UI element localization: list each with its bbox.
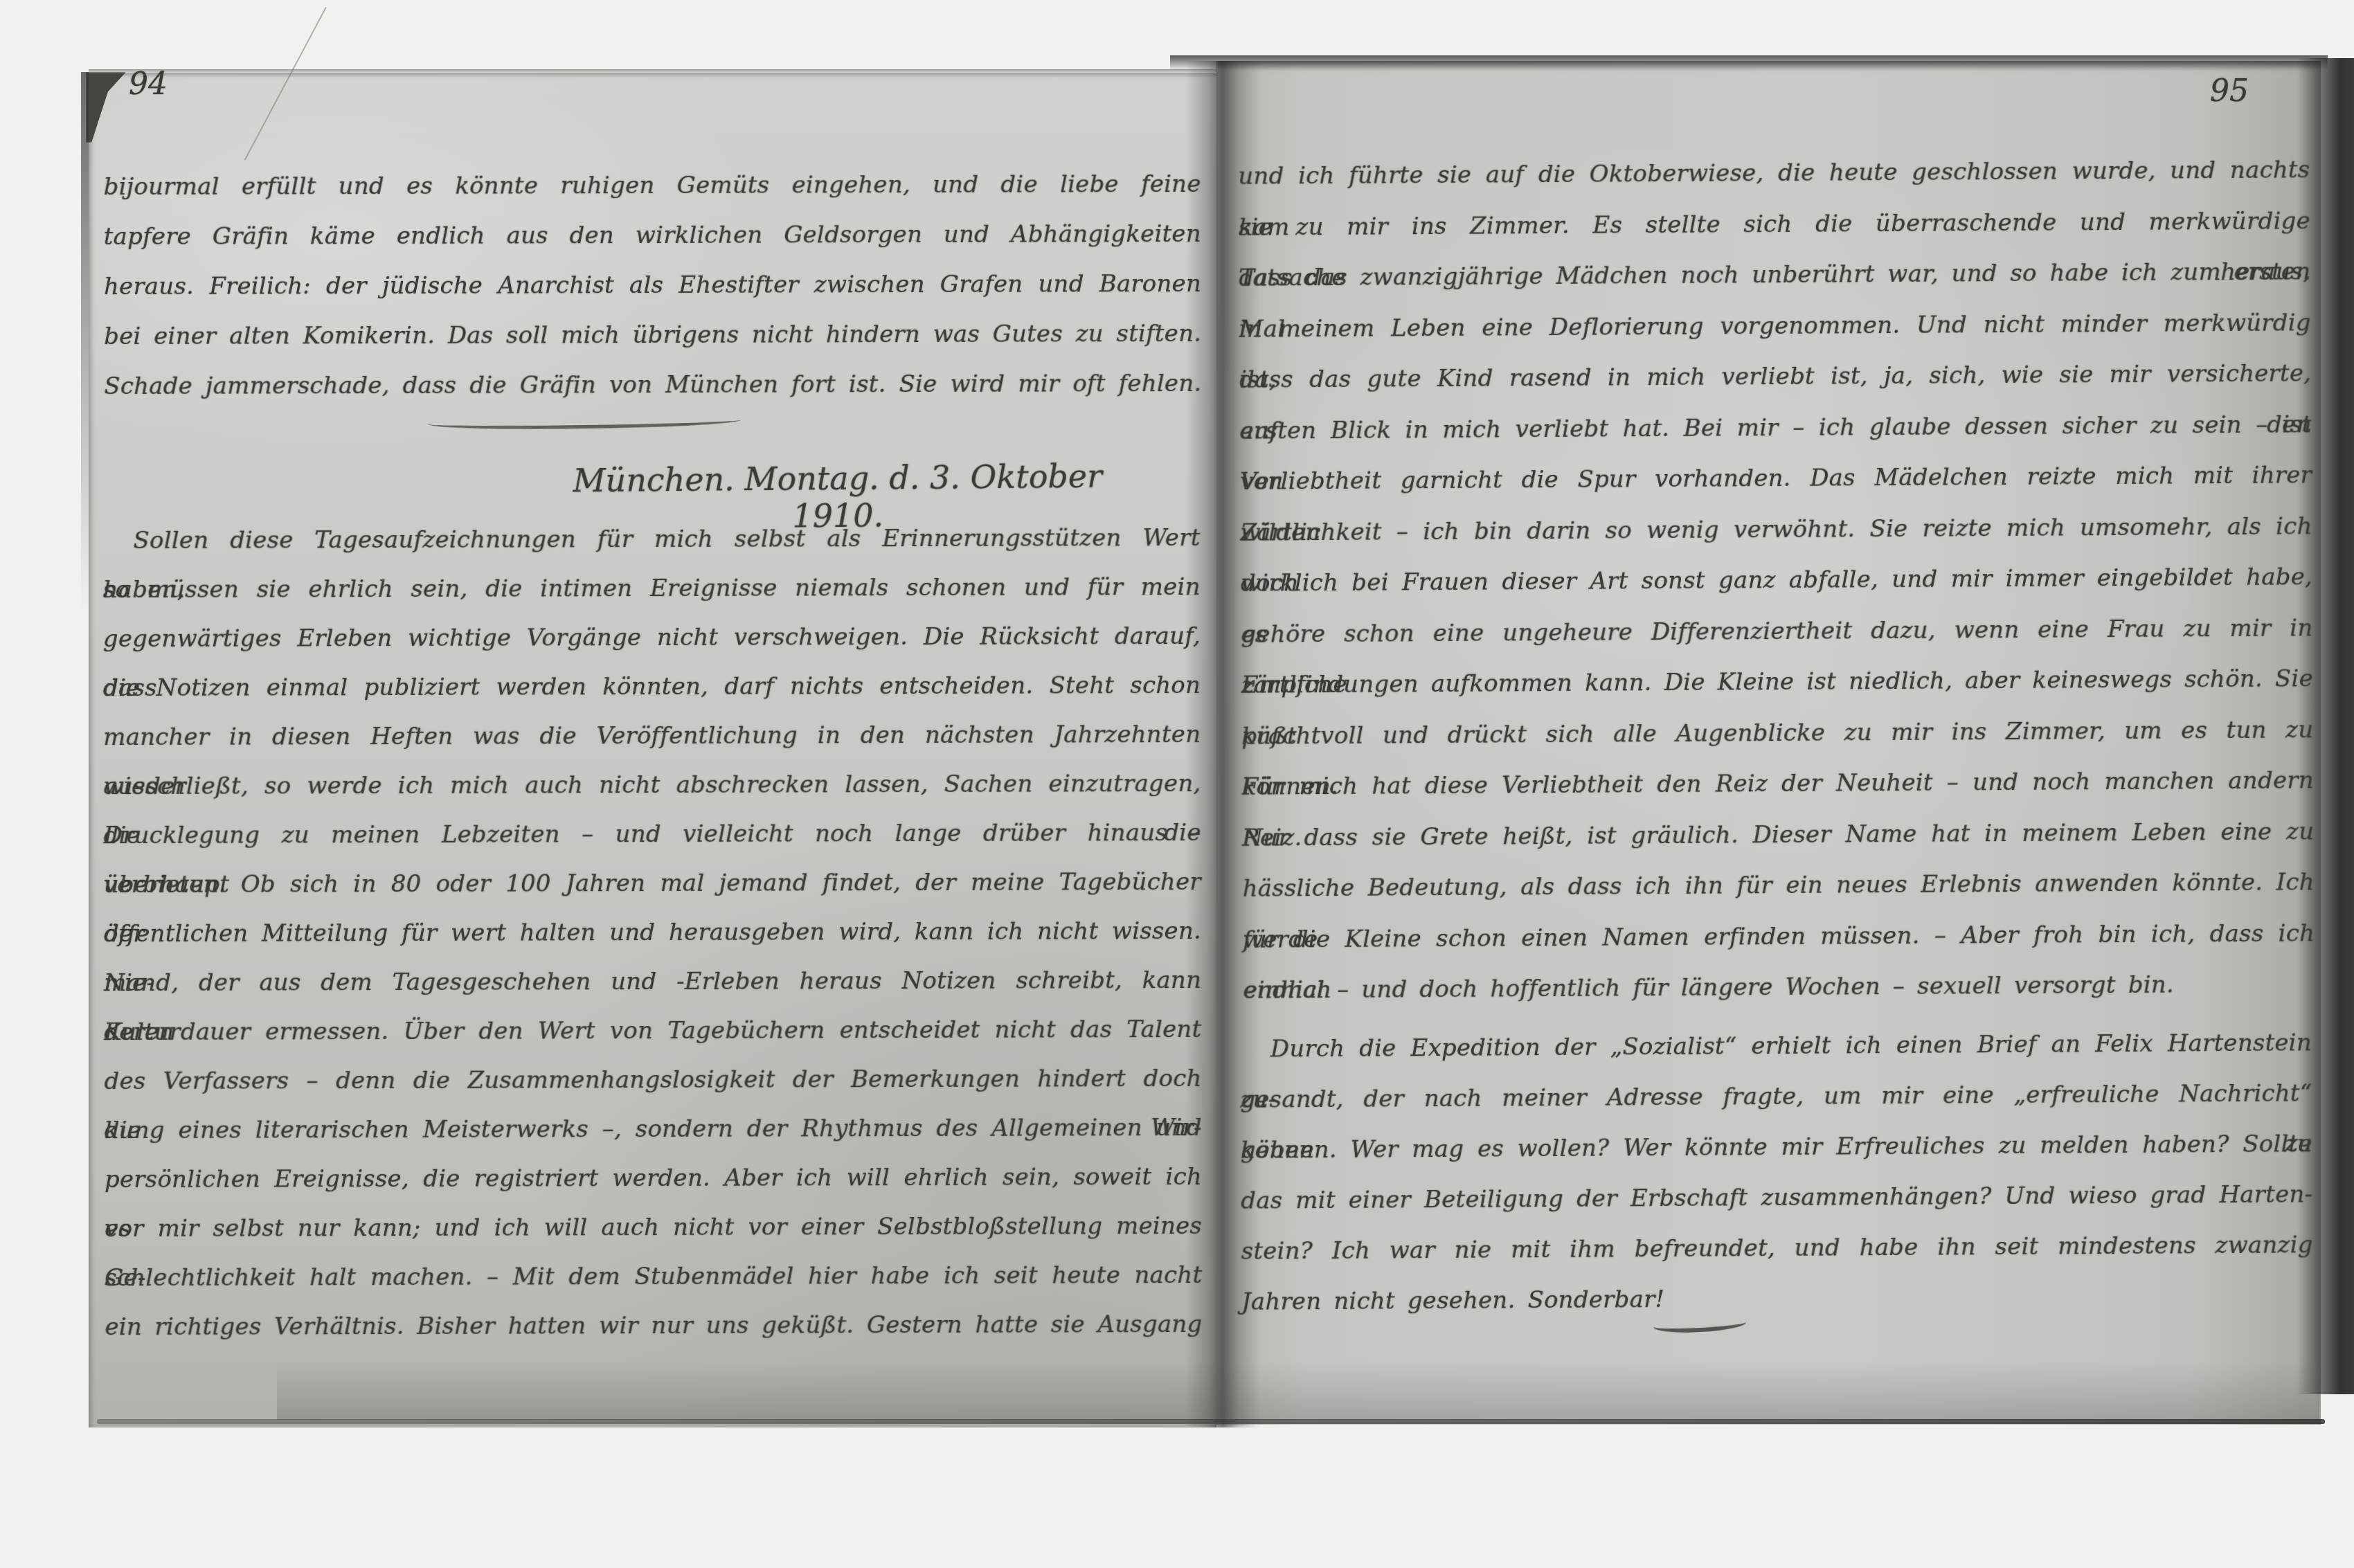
handwriting-line: ausschließt, so werde ich mich auch nich… [103, 759, 1201, 811]
handwriting-line: vor mir selbst nur kann; und ich will au… [105, 1202, 1202, 1254]
handwriting-line: tapfere Gräfin käme endlich aus den wirk… [104, 209, 1201, 262]
handwriting-line: Drucklegung zu meinen Lebzeiten – und vi… [104, 809, 1201, 860]
handwriting-line: stein? Ich war nie mit ihm befreundet, u… [1241, 1220, 2312, 1277]
handwriting-line: gesandt, der nach meiner Adresse fragte,… [1240, 1068, 2312, 1125]
left-page-edge-sliver [81, 72, 89, 612]
handwriting-line: kung eines literarischen Meisterwerks –,… [105, 1103, 1202, 1155]
handwriting-line: prachtvoll und drückt sich alle Augenbli… [1241, 705, 2313, 762]
handwriting-line: wirklich bei Frauen dieser Art sonst gan… [1241, 552, 2312, 609]
handwriting-line: sie zu mir ins Zimmer. Es stellte sich d… [1239, 196, 2310, 253]
handwriting-line: schlechtlichkeit halt machen. – Mit dem … [105, 1251, 1202, 1303]
handwriting-line: mand, der aus dem Tagesgeschehen und -Er… [104, 956, 1201, 1008]
book-top-edge-shadow [1170, 55, 2328, 71]
handwriting-line: Jahren nicht gesehen. Sonderbar! [1241, 1270, 2313, 1327]
book-bottom-edge-line [97, 1419, 2325, 1424]
handwriting-line: dass das zwanzigjährige Mädchen noch unb… [1239, 246, 2310, 304]
handwriting-line: einmal – und doch hoffentlich für länger… [1243, 959, 2315, 1016]
handwriting-line: dass das gute Kind rasend in mich verlie… [1239, 348, 2311, 406]
left-page-entry-paragraph: Sollen diese Tagesaufzeichnungen für mic… [102, 514, 1202, 1352]
handwriting-line: gehöre schon eine ungeheure Differenzier… [1241, 603, 2312, 660]
handwriting-line: gegenwärtiges Erleben wichtige Vorgänge … [103, 612, 1201, 664]
handwriting-line: so müssen sie ehrlich sein, die intimen … [103, 563, 1201, 615]
page-number-95: 95 [2210, 73, 2249, 109]
handwriting-line: und ich führte sie auf die Oktoberwiese,… [1238, 145, 2310, 202]
handwriting-line: Schade jammerschade, dass die Gräfin von… [104, 359, 1201, 411]
handwriting-line: hässliche Bedeutung, als dass ich ihn fü… [1242, 857, 2314, 914]
handwriting-line: öffentlichen Mitteilung für wert halten … [104, 907, 1201, 959]
handwriting-line: Durch die Expedition der „Sozialist“ erh… [1240, 1018, 2312, 1074]
right-page-paragraph-1: und ich führte sie auf die Oktoberwiese,… [1238, 145, 2315, 1016]
handwriting-line: ersten Blick in mich verliebt hat. Bei m… [1239, 399, 2311, 457]
handwriting-line: ein richtiges Verhältnis. Bisher hatten … [105, 1300, 1202, 1352]
book-bottom-shadow-band [277, 1360, 2319, 1420]
handwriting-line: Für mich hat diese Verliebtheit den Reiz… [1242, 755, 2314, 813]
left-page-closing-paragraph: bijourmal erfüllt und es könnte ruhigen … [104, 159, 1202, 411]
handwriting-line: die Notizen einmal publiziert werden kön… [103, 661, 1201, 713]
handwriting-line: Kulturdauer ermessen. Über den Wert von … [104, 1005, 1201, 1057]
handwriting-line: persönlichen Ereignisse, die registriert… [105, 1153, 1202, 1205]
handwriting-line: Nur dass sie Grete heißt, ist gräulich. … [1242, 806, 2314, 864]
handwriting-line: mancher in diesen Heften was die Veröffe… [103, 710, 1201, 762]
handwriting-line: bijourmal erfüllt und es könnte ruhigen … [104, 159, 1201, 212]
handwriting-line: Zärtlichkeit – ich bin darin so wenig ve… [1240, 501, 2312, 559]
handwriting-line: bei einer alten Komikerin. Das soll mich… [104, 309, 1201, 361]
right-page-paragraph-2: Durch die Expedition der „Sozialist“ erh… [1240, 1018, 2314, 1327]
handwriting-line: können. Wer mag es wollen? Wer könnte mi… [1241, 1119, 2312, 1175]
handwriting-line: Empfindungen aufkommen kann. Die Kleine … [1241, 654, 2313, 711]
left-page-top-edge [89, 69, 1217, 75]
handwriting-line: des Verfassers – denn die Zusammenhangsl… [104, 1054, 1201, 1106]
handwriting-line: Sollen diese Tagesaufzeichnungen für mic… [102, 514, 1200, 566]
page-number-94: 94 [129, 66, 168, 102]
handwriting-line: Verliebtheit garnicht die Spur vorhanden… [1240, 450, 2312, 507]
handwriting-line: in meinem Leben eine Deflorierung vorgen… [1239, 298, 2311, 355]
handwriting-line: für die Kleine schon einen Namen erfinde… [1243, 908, 2315, 966]
diary-scan-photo: 94 95 bijourmal erfüllt und es könnte ru… [0, 0, 2354, 1568]
handwriting-line: das mit einer Beteiligung der Erbschaft … [1241, 1169, 2312, 1226]
handwriting-line: heraus. Freilich: der jüdische Anarchist… [104, 259, 1201, 312]
handwriting-line: verbieten. Ob sich in 80 oder 100 Jahren… [104, 858, 1201, 910]
